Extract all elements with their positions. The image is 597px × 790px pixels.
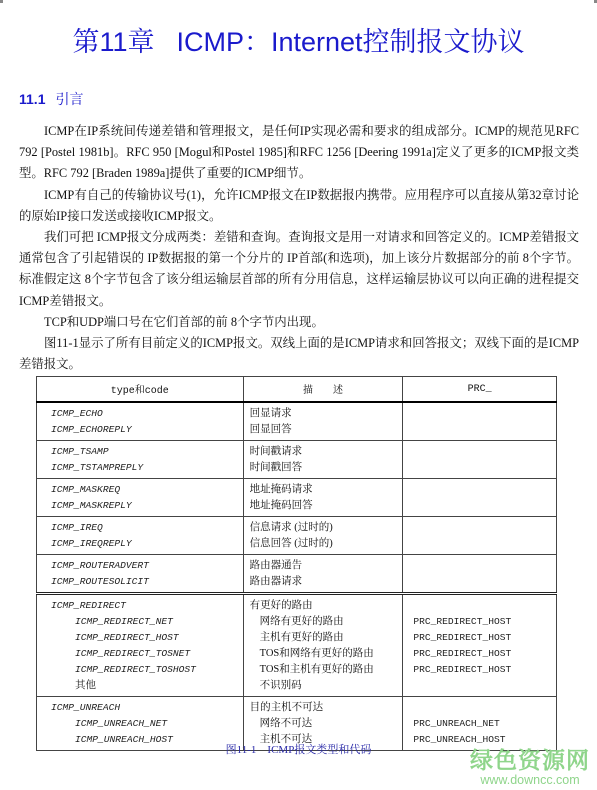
description: 目的主机不可达 [244,700,403,716]
type-code: 其他 [37,678,243,694]
type-code-cell: ICMP_REDIRECTICMP_REDIRECT_NETICMP_REDIR… [37,594,244,697]
prc-value [403,482,556,498]
description: 地址掩码回答 [244,498,403,514]
prc-value: PRC_REDIRECT_HOST [403,662,556,678]
type-code: ICMP_UNREACH_NET [37,716,243,732]
prc-value [403,520,556,536]
description: 主机有更好的路由 [244,630,403,646]
column-header-prc: PRC_ [403,377,557,403]
type-code: ICMP_ECHO [37,406,243,422]
description-cell: 路由器通告路由器请求 [243,555,403,594]
chapter-number: 第11章 [72,27,154,57]
paragraph: ICMP有自己的传输协议号(1)，允许ICMP报文在IP数据报内携带。应用程序可… [19,185,579,227]
prc-value [403,406,556,422]
description: 信息请求 (过时的) [244,520,403,536]
section-title-text: 引言 [55,91,83,107]
description-cell: 时间戳请求时间戳回答 [243,441,403,479]
type-code: ICMP_REDIRECT_NET [37,614,243,630]
type-code: ICMP_IREQ [37,520,243,536]
type-code: ICMP_REDIRECT [37,598,243,614]
prc-cell [403,402,557,441]
page-corner-mark [0,0,3,3]
description: 回显请求 [244,406,403,422]
table-row-group: ICMP_REDIRECTICMP_REDIRECT_NETICMP_REDIR… [37,594,557,697]
type-code: ICMP_ROUTERADVERT [37,558,243,574]
prc-cell [403,517,557,555]
paragraph: TCP和UDP端口号在它们首部的前 8个字节内出现。 [19,312,579,333]
description: 路由器请求 [244,574,403,590]
description: 回显回答 [244,422,403,438]
prc-value [403,422,556,438]
prc-cell [403,441,557,479]
paragraph: 我们可把 ICMP报文分成两类：差错和查询。查询报文是用一对请求和回答定义的。I… [19,227,579,312]
type-code: ICMP_ROUTESOLICIT [37,574,243,590]
type-code-cell: ICMP_ROUTERADVERTICMP_ROUTESOLICIT [37,555,244,594]
description: 时间戳回答 [244,460,403,476]
column-header-description: 描 述 [243,377,403,403]
type-code: ICMP_REDIRECT_HOST [37,630,243,646]
prc-value [403,460,556,476]
description: 不识别码 [244,678,403,694]
type-code: ICMP_TSTAMPREPLY [37,460,243,476]
type-code: ICMP_MASKREQ [37,482,243,498]
paragraph: ICMP在IP系统间传递差错和管理报文，是任何IP实现必需和要求的组成部分。IC… [19,121,579,185]
watermark: 绿色资源网 www.downcc.com [463,742,597,787]
chapter-title-text: ICMP：Internet控制报文协议 [176,27,524,57]
description: 地址掩码请求 [244,482,403,498]
prc-value [403,678,556,694]
type-code-cell: ICMP_TSAMPICMP_TSTAMPREPLY [37,441,244,479]
description-cell: 信息请求 (过时的)信息回答 (过时的) [243,517,403,555]
type-code: ICMP_REDIRECT_TOSHOST [37,662,243,678]
section-heading: 11.1引言 [19,89,83,109]
type-code: ICMP_MASKREPLY [37,498,243,514]
type-code-cell: ICMP_ECHOICMP_ECHOREPLY [37,402,244,441]
chapter-title: 第11章ICMP：Internet控制报文协议 [0,20,597,59]
watermark-name: 绿色资源网 [463,742,597,775]
type-code: ICMP_ECHOREPLY [37,422,243,438]
prc-value [403,444,556,460]
description: 路由器通告 [244,558,403,574]
description: 有更好的路由 [244,598,403,614]
prc-value [403,558,556,574]
type-code-cell: ICMP_MASKREQICMP_MASKREPLY [37,479,244,517]
table-row-group: ICMP_MASKREQICMP_MASKREPLY地址掩码请求地址掩码回答 [37,479,557,517]
description-cell: 地址掩码请求地址掩码回答 [243,479,403,517]
type-code: ICMP_UNREACH [37,700,243,716]
prc-cell [403,555,557,594]
description: 信息回答 (过时的) [244,536,403,552]
paragraph: 图11-1显示了所有目前定义的ICMP报文。双线上面的是ICMP请求和回答报文；… [19,333,579,375]
description: TOS和网络有更好的路由 [244,646,403,662]
table-row-group: ICMP_ECHOICMP_ECHOREPLY回显请求回显回答 [37,402,557,441]
table-row-group: ICMP_TSAMPICMP_TSTAMPREPLY时间戳请求时间戳回答 [37,441,557,479]
prc-value [403,536,556,552]
prc-cell [403,479,557,517]
watermark-url: www.downcc.com [463,773,597,787]
type-code: ICMP_TSAMP [37,444,243,460]
prc-value: PRC_REDIRECT_HOST [403,614,556,630]
prc-value [403,598,556,614]
description: 网络有更好的路由 [244,614,403,630]
type-code: ICMP_REDIRECT_TOSNET [37,646,243,662]
description: 网络不可达 [244,716,403,732]
description: 时间戳请求 [244,444,403,460]
prc-value: PRC_REDIRECT_HOST [403,630,556,646]
prc-value [403,574,556,590]
description-cell: 回显请求回显回答 [243,402,403,441]
prc-value [403,700,556,716]
type-code-cell: ICMP_IREQICMP_IREQREPLY [37,517,244,555]
prc-cell: PRC_REDIRECT_HOSTPRC_REDIRECT_HOSTPRC_RE… [403,594,557,697]
table-row-group: ICMP_ROUTERADVERTICMP_ROUTESOLICIT路由器通告路… [37,555,557,594]
type-code: ICMP_IREQREPLY [37,536,243,552]
column-header-type-code: type和code [37,377,244,403]
table-header-row: type和code 描 述 PRC_ [37,377,557,403]
description: TOS和主机有更好的路由 [244,662,403,678]
table-row-group: ICMP_IREQICMP_IREQREPLY信息请求 (过时的)信息回答 (过… [37,517,557,555]
icmp-types-table: type和code 描 述 PRC_ ICMP_ECHOICMP_ECHOREP… [36,376,557,751]
body-text: ICMP在IP系统间传递差错和管理报文，是任何IP实现必需和要求的组成部分。IC… [19,121,579,375]
prc-value: PRC_REDIRECT_HOST [403,646,556,662]
prc-value: PRC_UNREACH_NET [403,716,556,732]
description-cell: 有更好的路由网络有更好的路由主机有更好的路由TOS和网络有更好的路由TOS和主机… [243,594,403,697]
prc-value [403,498,556,514]
section-number: 11.1 [19,91,45,107]
